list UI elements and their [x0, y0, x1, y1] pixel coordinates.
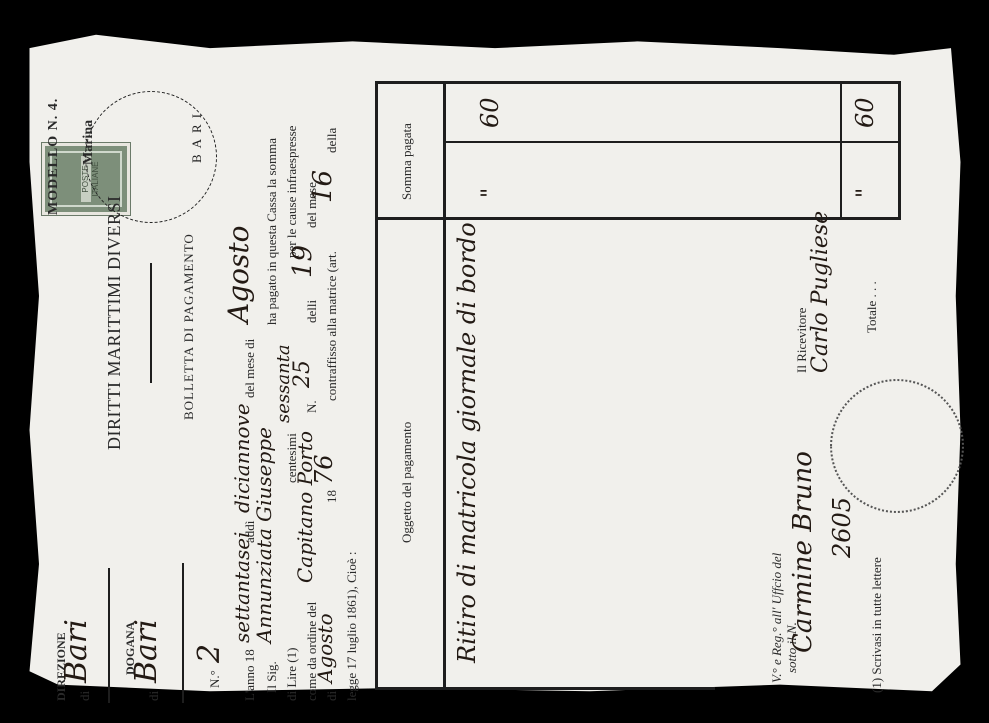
- visa-number: 2605: [830, 497, 854, 558]
- table-top-border: [375, 81, 900, 84]
- visa-handwritten: Carmine Bruno: [790, 451, 816, 653]
- footnote: (1) Scrivasi in tutte lettere: [870, 557, 883, 693]
- direzione-handwritten: Bari: [62, 619, 92, 683]
- total-label: Totale . . .: [865, 281, 878, 333]
- total-column-divider: [840, 81, 842, 220]
- line-month-hand: Agosto: [225, 226, 253, 323]
- dogana-di: di: [147, 691, 160, 701]
- customs-seal: [830, 379, 964, 513]
- document-subtitle: BOLLETTA DI PAGAMENTO: [182, 233, 195, 420]
- postmark-text: BARI: [190, 108, 203, 163]
- table-column-divider: [443, 82, 446, 690]
- receiver-label: Il Ricevitore: [795, 308, 808, 373]
- model-number: MODELLO N. 4.: [47, 98, 61, 215]
- line-order-n: N.: [305, 400, 318, 413]
- dogana-handwritten: Bari: [132, 619, 162, 683]
- rotated-document: POSTE ITALIANE BARI MODELLO N. 4. Marina…: [0, 0, 989, 723]
- amount-lire-cent-divider: [445, 142, 900, 144]
- line-di-hand: Agosto: [315, 613, 335, 683]
- total-lire-hand: ": [855, 188, 877, 198]
- department-label: Marina: [82, 120, 96, 165]
- line-order-day-hand: 19: [290, 245, 316, 278]
- line-year-hand-2: 76: [312, 454, 336, 485]
- table-bottom-border: [375, 687, 715, 690]
- line-order-delli: delli: [305, 300, 318, 323]
- line-18-label: 18: [325, 490, 338, 503]
- line-sig-hand: Annunziata Giuseppe: [254, 427, 274, 643]
- payment-object-hand: Ritiro di matricola giornale di bordo: [455, 222, 479, 663]
- number-label: N.°: [208, 670, 221, 688]
- line-month-label: del mese di: [243, 339, 256, 398]
- object-column-header: Oggetto del pagamento: [400, 422, 413, 543]
- line-year-prefix: L'anno 18: [243, 649, 256, 701]
- number-handwritten: 2: [195, 644, 225, 663]
- line-lire-prefix: di Lire (1): [285, 648, 298, 701]
- line-sig-prefix: Il Sig.: [265, 661, 278, 693]
- line-matrice-label: contraffisso alla matrice (art.: [325, 251, 338, 401]
- amount-cent-hand: 60: [478, 97, 502, 128]
- document-title: DIRITTI MARITTIMI DIVERSI: [105, 196, 123, 450]
- direzione-rule: [108, 568, 110, 703]
- title-divider: [150, 263, 152, 383]
- amount-lire-hand: ": [480, 188, 502, 198]
- line-year-hand: settantasei: [232, 532, 252, 643]
- visa-line-1: V.° e Reg.° all' Uffcio del: [770, 553, 783, 683]
- line-order-num-hand: 25: [292, 360, 314, 388]
- line-di-prefix: di: [325, 691, 338, 701]
- total-cent-hand: 60: [853, 97, 877, 128]
- amount-column-header: Somma pagata: [400, 123, 413, 200]
- line-legge: legge 17 luglio 1861), Cioè :: [345, 552, 358, 701]
- line-article-hand: 16: [310, 170, 336, 203]
- direzione-di: di: [78, 691, 91, 701]
- dogana-rule: [182, 563, 184, 703]
- line-sig-suffix: ha pagato in questa Cassa la somma: [265, 138, 278, 325]
- line-della: della: [325, 128, 338, 153]
- line-lire-suffix: per le cause infraespresse: [285, 126, 298, 258]
- receiver-signature: Carlo Pugliese: [810, 211, 832, 373]
- table-left-border: [375, 82, 378, 690]
- line-day-hand: diciannove: [232, 403, 252, 513]
- total-box-right: [898, 81, 901, 220]
